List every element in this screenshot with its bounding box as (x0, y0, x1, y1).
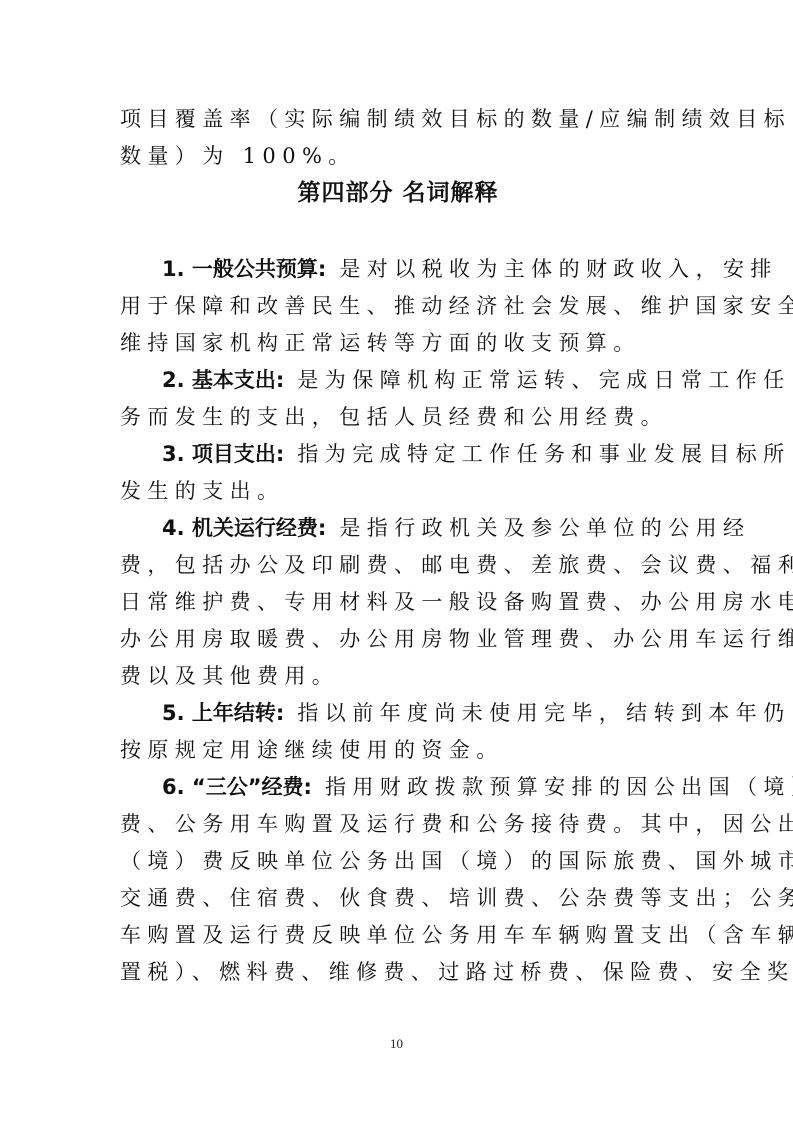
document-page: 项目覆盖率（实际编制绩效目标的数量/应编制绩效目标的 数量）为 100%。 第四… (0, 0, 793, 1122)
paragraph-line: 费，包括办公及印刷费、邮电费、差旅费、会议费、福利费、 (120, 547, 676, 584)
paragraph-line: 务而发生的支出，包括人员经费和公用经费。 (120, 399, 676, 436)
paragraph-line: 交通费、住宿费、伙食费、培训费、公杂费等支出；公务用 (120, 880, 676, 917)
section-heading: 第四部分 名词解释 (120, 175, 676, 212)
definition-text: 指为完成特定工作任务和事业发展目标所 (284, 442, 790, 466)
page-number: 10 (0, 1036, 793, 1052)
paragraph-line: 置税）、燃料费、维修费、过路过桥费、保险费、安全奖励 (120, 954, 676, 991)
definition-text: 指用财政拨款预算安排的因公出国（境） (312, 775, 793, 799)
term-definition-first-line: 3. 项目支出: 指为完成特定工作任务和事业发展目标所 (120, 436, 676, 473)
definition-text: 是指行政机关及参公单位的公用经 (326, 516, 750, 540)
term-definition-first-line: 5. 上年结转: 指以前年度尚未使用完毕，结转到本年仍 (120, 695, 676, 732)
paragraph-line: 按原规定用途继续使用的资金。 (120, 732, 676, 769)
page-content: 项目覆盖率（实际编制绩效目标的数量/应编制绩效目标的 数量）为 100%。 第四… (120, 101, 676, 991)
definition-text: 是为保障机构正常运转、完成日常工作任 (284, 368, 790, 392)
paragraph-line: 发生的支出。 (120, 473, 676, 510)
term-definition-first-line: 6. “三公”经费: 指用财政拨款预算安排的因公出国（境） (120, 769, 676, 806)
term-definition-first-line: 1. 一般公共预算: 是对以税收为主体的财政收入，安排 (120, 251, 676, 288)
paragraph-line: 费以及其他费用。 (120, 658, 676, 695)
paragraph-line: 费、公务用车购置及运行费和公务接待费。其中，因公出国 (120, 806, 676, 843)
paragraph-line: 数量）为 100%。 (120, 138, 676, 175)
paragraph-line: 项目覆盖率（实际编制绩效目标的数量/应编制绩效目标的 (120, 101, 676, 138)
paragraph-line: 日常维护费、专用材料及一般设备购置费、办公用房水电费、 (120, 584, 676, 621)
term-label: 4. 机关运行经费: (162, 516, 326, 540)
paragraph-line: 办公用房取暖费、办公用房物业管理费、办公用车运行维护 (120, 621, 676, 658)
term-definition-first-line: 2. 基本支出: 是为保障机构正常运转、完成日常工作任 (120, 362, 676, 399)
term-label: 2. 基本支出: (162, 368, 284, 392)
paragraph-line: 维持国家机构正常运转等方面的收支预算。 (120, 325, 676, 362)
term-label: 6. “三公”经费: (162, 775, 312, 799)
term-label: 3. 项目支出: (162, 442, 284, 466)
paragraph-line: （境）费反映单位公务出国（境）的国际旅费、国外城市间 (120, 843, 676, 880)
spacer (120, 212, 676, 251)
term-definition-first-line: 4. 机关运行经费: 是指行政机关及参公单位的公用经 (120, 510, 676, 547)
term-label: 1. 一般公共预算: (162, 257, 326, 281)
paragraph-line: 车购置及运行费反映单位公务用车车辆购置支出（含车辆购 (120, 917, 676, 954)
definition-text: 是对以税收为主体的财政收入，安排 (326, 257, 777, 281)
paragraph-line: 用于保障和改善民生、推动经济社会发展、维护国家安全、 (120, 288, 676, 325)
definition-text: 指以前年度尚未使用完毕，结转到本年仍 (284, 701, 790, 725)
term-label: 5. 上年结转: (162, 701, 284, 725)
